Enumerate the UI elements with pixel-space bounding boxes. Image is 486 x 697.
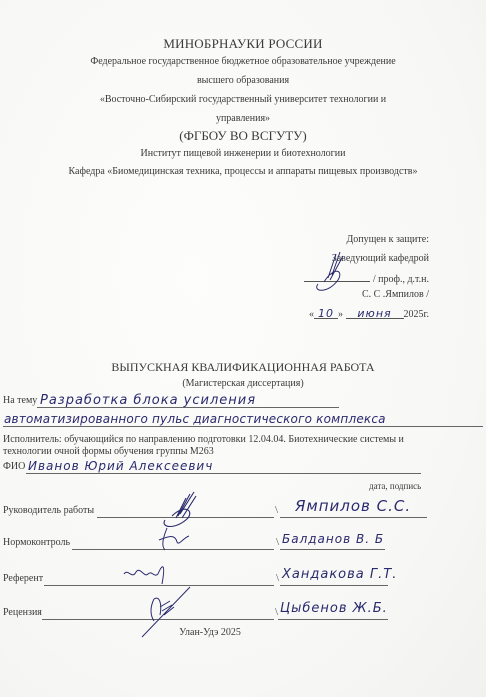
theme-value-line2: автоматизированного пульс диагностическо…	[4, 412, 386, 426]
institution-type: Федеральное государственное бюджетное об…	[0, 56, 486, 67]
approval-degree: / проф., д.т.н.	[373, 274, 429, 285]
separator-slash: \	[276, 536, 279, 548]
head-signature-scribble	[310, 250, 355, 295]
executor-line1: Исполнитель: обучающийся по направлению …	[3, 434, 404, 445]
approval-date: «10» июня2025г.	[309, 307, 429, 320]
approval-admitted: Допущен к защите:	[346, 234, 429, 245]
document-page: МИНОБРНАУКИ РОССИИ Федеральное государст…	[0, 0, 486, 697]
work-title: ВЫПУСКНАЯ КВАЛИФИКАЦИОННАЯ РАБОТА	[0, 360, 486, 375]
work-subtitle: (Магистерская диссертация)	[0, 378, 486, 389]
separator-slash: \	[276, 572, 279, 584]
separator-slash: \	[275, 504, 278, 516]
theme-row-1: На тему	[3, 395, 37, 406]
university-abbreviation: (ФГБОУ ВО ВСГУТУ)	[0, 128, 486, 144]
signature-role-supervisor: Руководитель работы	[3, 505, 94, 516]
university-name-line2: управления»	[0, 113, 486, 124]
signature-role-normcontrol: Нормоконтроль	[3, 537, 70, 548]
normcontrol-signature-scribble	[155, 524, 195, 552]
city-year: Улан-Удэ 2025	[0, 627, 420, 638]
theme-label: На тему	[3, 395, 37, 406]
signature-role-referent: Референт	[3, 573, 43, 584]
department-name: Кафедра «Биомедицинская техника, процесс…	[0, 166, 486, 177]
approval-date-month: июня	[346, 307, 404, 319]
referent-signature-scribble	[122, 562, 172, 586]
approval-date-day: 10	[314, 307, 338, 319]
approval-date-year: 2025г.	[404, 309, 429, 320]
ministry-heading: МИНОБРНАУКИ РОССИИ	[0, 36, 486, 52]
approval-head-name: С. С .Ямпилов /	[362, 289, 429, 300]
referent-name: Хандакова Г.Т.	[282, 567, 397, 582]
education-level: высшего образования	[0, 75, 486, 86]
university-name-line1: «Восточно-Сибирский государственный унив…	[0, 94, 486, 105]
normcontrol-name: Балданов В. Б	[282, 532, 384, 546]
supervisor-name: Ямпилов С.С.	[295, 497, 411, 515]
fio-value: Иванов Юрий Алексеевич	[28, 459, 213, 473]
institute-name: Институт пищевой инженерии и биотехнолог…	[0, 148, 486, 159]
review-name: Цыбенов Ж.Б.	[280, 601, 388, 616]
theme-value-line1: Разработка блока усиления	[40, 393, 256, 408]
date-signature-label: дата, подпись	[369, 481, 421, 491]
fio-label: ФИО	[3, 461, 25, 472]
executor-line2: технологии очной формы обучения группы М…	[3, 446, 214, 457]
signature-role-review: Рецензия	[3, 607, 42, 618]
fio-row: ФИО	[3, 461, 25, 472]
